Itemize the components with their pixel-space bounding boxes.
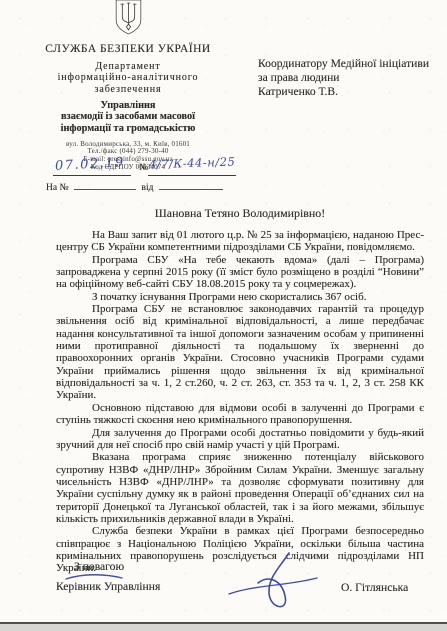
letter-body: На Ваш запит від 01 лютого ц.р. № 25 за …: [56, 229, 424, 575]
reply-from-label: від: [142, 183, 154, 193]
number-underline: [148, 175, 236, 176]
reply-number-blank: [74, 180, 136, 190]
org-name: СЛУЖБА БЕЗПЕКИ УКРАЇНИ: [22, 43, 234, 55]
body-paragraph: Програма СБУ «На тебе чекають вдома» (да…: [56, 254, 424, 291]
scanned-letter-page: СЛУЖБА БЕЗПЕКИ УКРАЇНИ Департамент інфор…: [0, 0, 447, 631]
signer-title: Керівник Управління: [56, 580, 160, 593]
body-paragraph: З початку існування Програми нею скорист…: [56, 291, 424, 303]
signer-name: О. Гітлянська: [341, 581, 408, 594]
division-line: інформації та громадськістю: [22, 123, 234, 135]
addressee-line: Катриченко Т.В.: [258, 85, 430, 99]
division-line: Управління: [22, 100, 234, 112]
handwritten-date: 07.02.19: [55, 155, 126, 174]
salutation: Шановна Тетяно Володимирівно!: [56, 206, 424, 221]
department-line: забезпечення: [22, 84, 234, 95]
addressee-block: Координатору Медійної ініціативи за прав…: [258, 57, 430, 99]
ukraine-trident-emblem-icon: [114, 0, 143, 35]
department-line: інформаційно-аналітичного: [22, 72, 234, 83]
outgoing-reference-row: 07.02.19 № 4/7/К-44-н/25: [46, 156, 256, 182]
reply-label: На №: [46, 183, 69, 193]
handwritten-document-number: 4/7/К-44-н/25: [149, 154, 236, 171]
division-name: Управління взаємодії із засобами масової…: [22, 100, 234, 135]
scan-edge-artifact: [0, 622, 447, 631]
department-name: Департамент інформаційно-аналітичного за…: [22, 61, 234, 95]
addressee-line: Координатору Медійної ініціативи: [258, 57, 430, 71]
letterhead: СЛУЖБА БЕЗПЕКИ УКРАЇНИ Департамент інфор…: [22, 0, 234, 171]
body-paragraph: Вказана програма сприяє зниженню потенці…: [56, 451, 424, 525]
body-paragraph: Основною підставою для відмови особі в з…: [56, 402, 424, 427]
body-paragraph: Програма СБУ не встановлює законодавчих …: [56, 303, 424, 402]
date-underline: [53, 175, 131, 176]
handwritten-signature-icon: [226, 548, 320, 614]
reply-date-blank: [159, 180, 223, 190]
body-paragraph: На Ваш запит від 01 лютого ц.р. № 25 за …: [56, 229, 424, 254]
division-line: взаємодії із засобами масової: [22, 111, 234, 123]
department-line: Департамент: [22, 61, 234, 72]
number-sign: №: [139, 163, 148, 173]
body-paragraph: Для залучення до Програми особі достатнь…: [56, 427, 424, 452]
addressee-line: за права людини: [258, 71, 430, 85]
reply-reference-row: На №від: [46, 180, 223, 193]
